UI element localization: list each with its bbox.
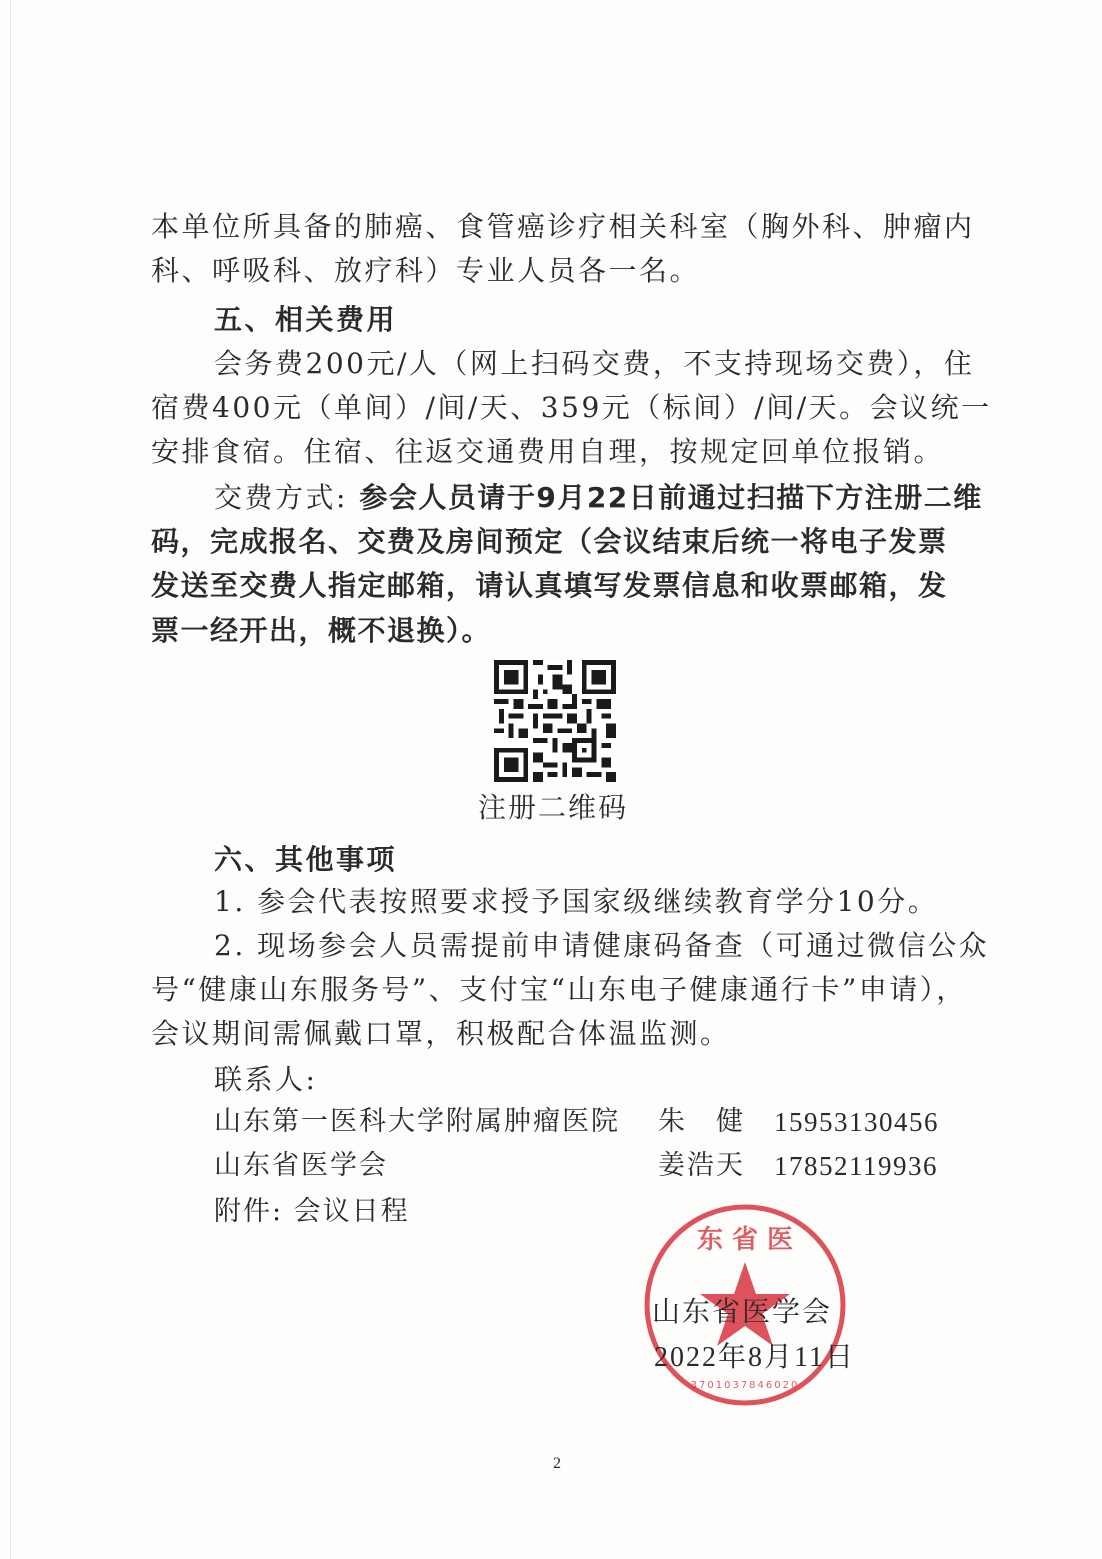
payment-line: 交费方式: 参会人员请于9月22日前通过扫描下方注册二维 — [214, 476, 983, 520]
paragraph-line: 会议期间需佩戴口罩，积极配合体温监测。 — [151, 1012, 731, 1056]
qr-caption: 注册二维码 — [478, 788, 628, 828]
paragraph-line: 号“健康山东服务号”、支付宝“山东电子健康通行卡”申请）， — [151, 968, 967, 1012]
page-number: 2 — [553, 1455, 561, 1473]
contact-name: 姜浩天 — [658, 1146, 745, 1186]
paragraph-line: 安排食宿。住宿、往返交通费用自理，按规定回单位报销。 — [151, 430, 944, 474]
contact-name: 朱 健 — [658, 1102, 745, 1142]
contact-row: 山东省医学会 姜浩天 17852119936 — [214, 1146, 388, 1186]
paragraph-line: 科、呼吸科、放疗科）专业人员各一名。 — [151, 249, 700, 293]
contact-row: 山东第一医科大学附属肿瘤医院 朱 健 15953130456 — [214, 1102, 620, 1142]
signature-org: 山东省医学会 — [652, 1290, 832, 1330]
paragraph-line: 宿费400元（单间）/间/天、359元（标间）/间/天。会议统一 — [151, 386, 992, 430]
paragraph-line: 票一经开出，概不退换）。 — [151, 609, 491, 653]
section-heading-fees: 五、相关费用 — [214, 298, 397, 342]
paragraph-line: 发送至交费人指定邮箱，请认真填写发票信息和收票邮箱，发 — [151, 564, 948, 608]
payment-label: 交费方式: — [214, 481, 348, 514]
contact-org: 山东第一医科大学附属肿瘤医院 — [214, 1106, 620, 1137]
contacts-label: 联系人: — [214, 1058, 317, 1102]
section-heading-other: 六、其他事项 — [214, 838, 397, 882]
contact-phone: 15953130456 — [774, 1102, 939, 1142]
signature-date: 2022年8月11日 — [654, 1335, 855, 1375]
attachment-line: 附件: 会议日程 — [214, 1192, 410, 1232]
payment-text: 参会人员请于9月22日前通过扫描下方注册二维 — [359, 481, 982, 514]
contact-org: 山东省医学会 — [214, 1150, 388, 1181]
registration-qr-code[interactable] — [494, 660, 616, 782]
paragraph-line: 本单位所具备的肺癌、食管癌诊疗相关科室（胸外科、肿瘤内 — [151, 205, 975, 249]
list-item: 2. 现场参会人员需提前申请健康码备查（可通过微信公众 — [214, 924, 989, 968]
qr-code-icon — [494, 660, 616, 782]
contact-phone: 17852119936 — [774, 1146, 938, 1186]
paragraph-line: 会务费200元/人（网上扫码交费，不支持现场交费），住 — [214, 342, 974, 386]
svg-text:3701037846020: 3701037846020 — [691, 1380, 800, 1391]
paragraph-line: 码，完成报名、交费及房间预定（会议结束后统一将电子发票 — [151, 520, 948, 564]
svg-text:东 省 医: 东 省 医 — [697, 1225, 793, 1255]
list-item: 1. 参会代表按照要求授予国家级继续教育学分10分。 — [214, 880, 938, 924]
scan-edge — [10, 0, 11, 1559]
